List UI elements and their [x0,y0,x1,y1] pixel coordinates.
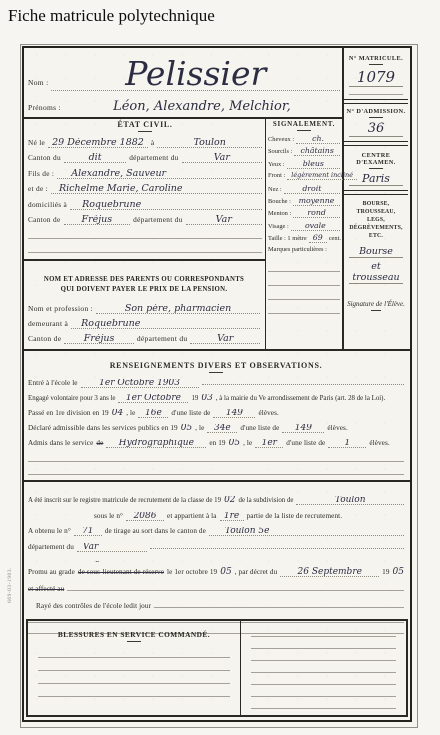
matricule-label: N° MATRICULE. [344,55,408,62]
canton-domicile-field: Canton de Fréjus département du Var [28,215,262,225]
signalement-row: Sourcils :châtains [268,146,340,158]
blank-rule [251,649,396,661]
renseignements-divider [24,349,410,351]
pension-title-line1: NOM ET ADRESSE DES PARENTS OU CORRESPOND… [28,275,260,285]
entre-field: Entré à l'école le 1er Octobre 1903 [28,379,404,388]
dash-ornament [371,310,381,311]
fiche-card-frame: Nom : Pelissier Prénoms : Léon, Alexandr… [20,44,418,728]
grade-handwritten-correction: d'Ingénieur de 3e classe [80,561,179,562]
corrected-grade: d'Ingénieur de 3e classe de sous-lieuten… [78,561,164,579]
signalement-section: SIGNALEMENT. Cheveux :ch. Sourcils :chât… [268,120,340,350]
tirage-field: A obtenu le n° 71 de tirage au sort dans… [28,527,404,536]
trailing-rule [154,607,404,608]
blank-rule [38,684,230,697]
blank-rule [28,462,404,475]
blank-rule [38,658,230,671]
etde-label: et de : [28,184,48,193]
raye-field: Rayé des contrôles de l'école ledit jour [28,602,404,610]
admission-label: N° D'ADMISSION. [344,108,408,115]
engage-field: Engagé volontaire pour 3 ans le 1er Octo… [28,394,404,403]
a-label: à [151,138,155,147]
double-rule [344,190,408,195]
promu-field: Promu au grade d'Ingénieur de 3e classe … [28,561,404,579]
recrutement-section: A été inscrit sur le registre matricule … [28,484,404,617]
blank-rule [251,673,396,685]
blank-rule [251,697,396,709]
blank-rule [268,286,340,300]
printer-mark: 669-03-1903. [7,562,13,608]
dept2-label: département du [133,215,182,224]
affecte-field: et affecté au [28,585,404,593]
signalement-row: Bouche :moyenne [268,196,340,208]
etat-civil-section: ÉTAT CIVIL. Né le 29 Décembre 1882 à Tou… [28,120,262,260]
blank-rule [349,87,403,95]
dept2-value: Var [186,216,262,225]
passe-field: Passé en 1re division en 1904 , le 16e d… [28,409,404,418]
nom-value: Pelissier [125,59,266,93]
double-rule [344,141,408,146]
trailing-rule [202,384,404,385]
signalement-row: Front :légèrement incliné [268,171,340,183]
bourse-label-line2: LEGS, DÉGRÈVEMENTS, ETC. [344,216,408,240]
canton-naissance-field: Canton du dit département du Var [28,153,262,163]
dept-pension-label: département du [137,334,188,343]
dash-ornament [209,372,223,373]
dash-ornament [369,168,383,169]
fiche-card: Nom : Pelissier Prénoms : Léon, Alexandr… [22,46,412,722]
blank-rule [38,671,230,684]
canton1-value: dit [64,154,126,163]
blank-rule [268,258,340,272]
signature-label: Signature de l'Élève. [344,300,408,308]
blank-rule [251,685,396,697]
prenoms-value: Léon, Alexandre, Melchior, [113,99,291,114]
fils-value: Alexandre, Sauveur [57,170,262,179]
matricule-value: 1079 [349,68,403,87]
bourse-value-line1: Bourse [349,246,403,258]
trailing-rule [150,548,404,549]
dash-ornament [297,130,311,131]
profession-value: Son père, pharmacien [96,305,260,314]
domicile-value: Roquebrune [70,201,262,210]
fils-de-field: Fils de : Alexandre, Sauveur [28,169,262,179]
blessures-title: BLESSURES EN SERVICE COMMANDÉ. [38,630,230,639]
dash-ornament [127,641,141,642]
recrutement-divider [24,480,410,482]
demeurant-label: demeurant à [28,319,68,328]
demeurant-value: Roquebrune [71,320,260,329]
dept1-label: département du [129,153,178,162]
inscrit-field: A été inscrit sur le registre matricule … [28,496,404,505]
et-de-field: et de : Richelme Marie, Caroline [28,184,262,194]
pension-section: NOM ET ADRESSE DES PARENTS OU CORRESPOND… [28,263,260,347]
signalement-row: Taille : 1 mètre69cent. [268,233,340,245]
ne-value: 29 Décembre 1882 [48,139,148,148]
blank-rule [268,272,340,286]
prenoms-label: Prénoms : [28,103,61,112]
blank-rule [268,300,340,314]
blank-rule [251,661,396,673]
dash-ornament [369,117,383,118]
blessures-left-column: BLESSURES EN SERVICE COMMANDÉ. [28,621,241,715]
blank-rule [28,239,262,253]
domicile-label: domiciliés à [28,200,67,209]
blank-rule [38,645,230,658]
canton-pension-field: Canton de Fréjus département du Var [28,334,260,344]
blank-rule [251,627,396,637]
scanned-document-page: Fiche matricule polytechnique 669-03-190… [0,0,440,735]
affecte-struck: et affecté au [28,585,64,593]
blank-rule [28,448,404,462]
centre-examen-label: CENTRE D'EXAMEN. [344,152,408,166]
trailing-rule [67,590,404,591]
grade-struck-printed: de sous-lieutenant de réserve [78,568,164,576]
nom-field: Nom : Pelissier [28,59,340,93]
numero-field: sous le n° 2086 et appartient à la 1re p… [94,512,404,521]
nom-underline: Pelissier [51,59,340,91]
signalement-row: Menton :rond [268,208,340,220]
right-column: N° MATRICULE. 1079 N° D'ADMISSION. 36 CE… [344,48,408,349]
prenoms-field: Prénoms : Léon, Alexandre, Melchior, [28,97,340,115]
page-title: Fiche matricule polytechnique [8,6,215,26]
ne-field: Né le 29 Décembre 1882 à Toulon [28,138,262,148]
blank-rule [251,637,396,649]
struck-word: de [96,439,103,447]
domicile-field: domiciliés à Roquebrune [28,200,262,210]
signalement-divider [265,117,266,349]
centre-examen-value: Paris [349,172,403,186]
signalement-title: SIGNALEMENT. [268,120,340,128]
signalement-row: Visage :ovale [268,221,340,233]
dept-pension-value: Var [190,335,260,344]
signalement-row: Nez :droit [268,184,340,196]
fils-label: Fils de : [28,169,54,178]
renseignements-title: RENSEIGNEMENTS DIVERS ET OBSERVATIONS. [28,361,404,370]
departement-field: département du Var [28,543,404,552]
canton-pension-value: Fréjus [64,335,134,344]
canton-pension-label: Canton de [28,334,61,343]
prenoms-underline: Léon, Alexandre, Melchior, [64,97,340,115]
canton2-label: Canton de [28,215,61,224]
bourse-value-line2: et trousseau [349,261,403,284]
blessures-section: BLESSURES EN SERVICE COMMANDÉ. [26,619,408,717]
signalement-row: Yeux :bleus [268,159,340,171]
canton2-value: Fréjus [64,216,131,225]
signalement-row: Marques particulières : [268,246,340,258]
dash-ornament [369,64,383,65]
declare-field: Déclaré admissible dans les services pub… [28,424,404,433]
canton1-label: Canton du [28,153,61,162]
dash-ornament [138,131,152,132]
admis-field: Admis dans le service de Hydrographique … [28,439,404,448]
dept1-value: Var [182,154,262,163]
admission-value: 36 [349,121,403,137]
bourse-label-line1: BOURSE, TROUSSEAU, [344,200,408,216]
pension-title-line2: QUI DOIVENT PAYER LE PRIX DE LA PENSION. [28,285,260,295]
blessures-right-column [241,621,406,715]
profession-label: Nom et profession : [28,304,93,313]
demeurant-field: demeurant à Roquebrune [28,319,260,329]
blank-rule [28,225,262,239]
ne-label: Né le [28,138,45,147]
etde-value: Richelme Marie, Caroline [51,185,262,194]
ne-place: Toulon [157,139,262,148]
profession-field: Nom et profession : Son père, pharmacien [28,304,260,314]
etat-civil-title: ÉTAT CIVIL. [28,120,262,129]
renseignements-section: RENSEIGNEMENTS DIVERS ET OBSERVATIONS. E… [28,353,404,478]
name-header-section: Nom : Pelissier Prénoms : Léon, Alexandr… [28,48,340,128]
nom-label: Nom : [28,78,48,87]
signalement-row: Cheveux :ch. [268,134,340,146]
double-rule [344,99,408,104]
